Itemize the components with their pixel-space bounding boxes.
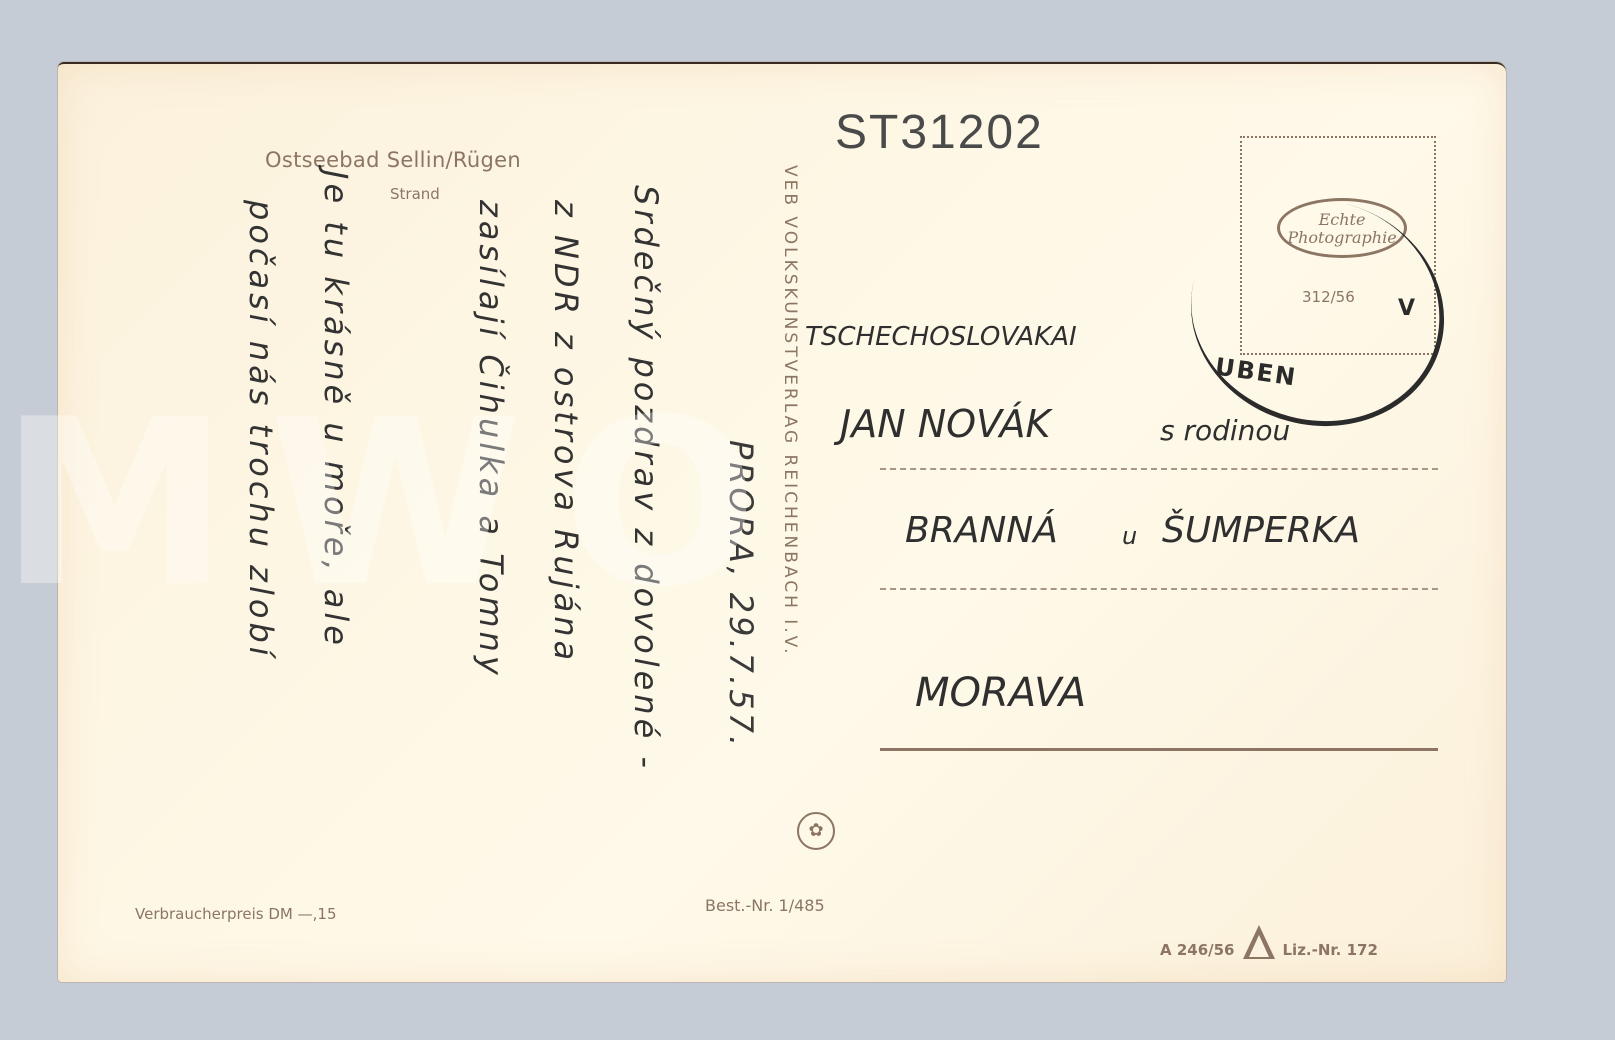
address-line [880, 468, 1438, 470]
address-line [880, 588, 1438, 590]
recipient-town: BRANNÁ [905, 510, 1058, 551]
inventory-code: ST31202 [835, 105, 1044, 160]
postcard-subtitle: Strand [390, 185, 440, 203]
print-codes: A 246/56 Liz.-Nr. 172 [1160, 925, 1378, 959]
license-triangle-icon [1243, 925, 1275, 959]
recipient-country: TSCHECHOSLOVAKAI [805, 322, 1077, 352]
message-line: z NDR z ostrova Rujána [547, 200, 585, 664]
print-code: A 246/56 [1160, 941, 1235, 959]
message-line: Srdečný pozdrav z dovolené - [627, 185, 665, 772]
message-line: počasí nás trochu zlobí [242, 200, 280, 660]
license-number: Liz.-Nr. 172 [1283, 941, 1378, 959]
postcard-title: Ostseebad Sellin/Rügen [265, 148, 521, 172]
date-place: PRORA, 29.7.57. [722, 440, 760, 749]
recipient-town-2: ŠUMPERKA [1162, 510, 1360, 551]
publisher-emblem-icon: ✿ [797, 812, 835, 850]
recipient-region: MORAVA [915, 670, 1086, 716]
recipient-town-connector: u [1122, 522, 1137, 550]
message-line: zasílají Čihulka a Tomny [472, 200, 510, 679]
recipient-name: JAN NOVÁK [840, 402, 1050, 446]
address-line [880, 748, 1438, 751]
recipient-suffix: s rodinou [1160, 414, 1290, 447]
message-line: Je tu krásně u moře, ale [317, 170, 355, 649]
publisher-imprint: VEB VOLKSKUNSTVERLAG REICHENBACH I.V. [780, 165, 800, 657]
price-label: Verbraucherpreis DM —,15 [135, 905, 336, 923]
order-number: Best.-Nr. 1/485 [705, 896, 825, 915]
postmark-letter: V [1398, 296, 1415, 321]
